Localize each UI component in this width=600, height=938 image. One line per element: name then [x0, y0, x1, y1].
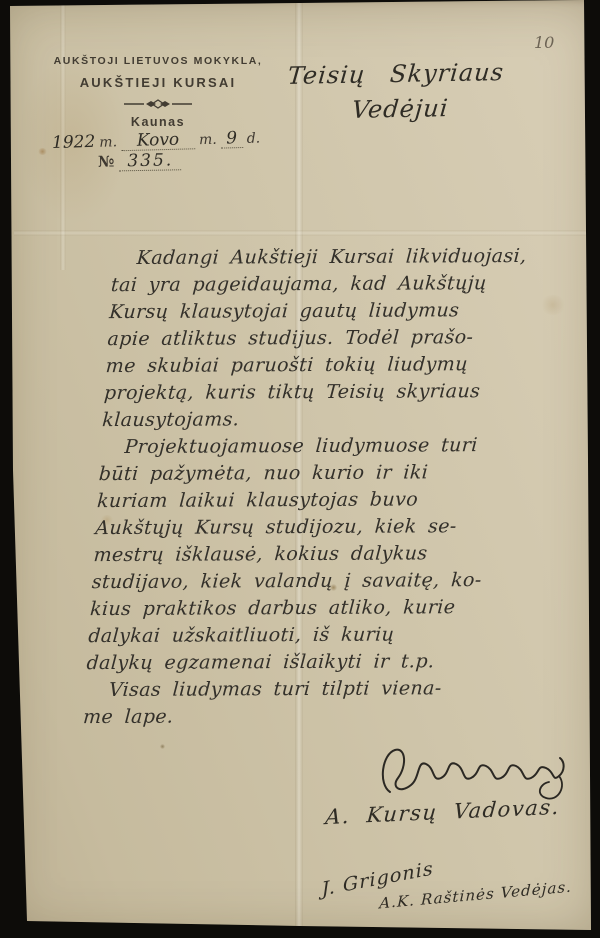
- body-line: me skubiai paruošti tokių liudymų: [105, 351, 531, 380]
- body-line: Aukštųjų Kursų studijozu, kiek se-: [94, 513, 520, 542]
- scanned-letter: AUKŠTOJI LIETUVOS MOKYKLA, AUKŠTIEJI KUR…: [0, 0, 600, 938]
- body-line: klausytojams.: [101, 405, 527, 434]
- letterhead-city: Kaunas: [38, 115, 278, 129]
- body-line: Visas liudymas turi tilpti viena-: [84, 675, 510, 704]
- number-blank: 335.: [119, 152, 181, 171]
- body-line: Kursų klausytojai gautų liudymus: [108, 297, 534, 326]
- paper-stain: [160, 744, 165, 749]
- date-month: Kovo: [137, 130, 180, 151]
- body-line: Kadangi Aukštieji Kursai likviduojasi,: [112, 243, 538, 272]
- page-number: 10: [534, 33, 554, 52]
- paper-stain: [38, 148, 47, 155]
- addressee-line-1: Teisių Skyriaus: [287, 58, 506, 90]
- date-day: 9: [226, 128, 237, 148]
- body-line: apie atliktus studijus. Todėl prašo-: [107, 324, 533, 353]
- letterhead: AUKŠTOJI LIETUVOS MOKYKLA, AUKŠTIEJI KUR…: [38, 55, 278, 129]
- addressee-line-2: Vedėjui: [351, 94, 450, 124]
- director-signature-role: A. Kursų Vadovas.: [325, 795, 561, 829]
- date-day-blank: 9: [221, 130, 243, 149]
- number-label: №: [98, 152, 115, 170]
- letterhead-ornament-icon: [38, 97, 278, 109]
- body-line: mestrų išklausė, kokius dalykus: [93, 540, 519, 569]
- body-line: dalykai užskaitliuoti, iš kurių: [87, 621, 513, 650]
- paper-sheet: AUKŠTOJI LIETUVOS MOKYKLA, AUKŠTIEJI KUR…: [0, 0, 600, 938]
- date-month-blank: Kovo: [121, 131, 195, 151]
- number-value: 335.: [127, 150, 173, 171]
- body-line: dalykų egzamenai išlaikyti ir t.p.: [86, 648, 512, 677]
- date-line: 1922 m. Kovo m. 9 d.: [52, 127, 282, 153]
- document-number-line: № 335.: [98, 151, 182, 171]
- letterhead-school-name: AUKŠTOJI LIETUVOS MOKYKLA,: [38, 55, 278, 67]
- body-line: tai yra pageidaujama, kad Aukštųjų: [110, 270, 536, 299]
- date-year: 1922: [52, 132, 96, 153]
- body-line: kuriam laikui klausytojas buvo: [96, 486, 522, 515]
- letterhead-courses-name: AUKŠTIEJI KURSAI: [38, 75, 278, 90]
- date-label-m2: m.: [199, 132, 217, 148]
- body-line: studijavo, kiek valandų į savaitę, ko-: [91, 567, 517, 596]
- horizontal-fold-crease: [14, 230, 588, 236]
- date-label-d: d.: [247, 131, 261, 147]
- body-line: būti pažymėta, nuo kurio ir iki: [98, 459, 524, 488]
- body-line: me lape.: [82, 702, 508, 731]
- body-line: kius praktikos darbus atliko, kurie: [89, 594, 515, 623]
- body-line: projektą, kuris tiktų Teisių skyriaus: [103, 378, 529, 407]
- body-line: Projektuojamuose liudymuose turi: [100, 432, 526, 461]
- paper-stain: [540, 295, 566, 315]
- body-text: Kadangi Aukštieji Kursai likviduojasi,ta…: [82, 243, 538, 731]
- date-label-m1: m.: [99, 134, 117, 150]
